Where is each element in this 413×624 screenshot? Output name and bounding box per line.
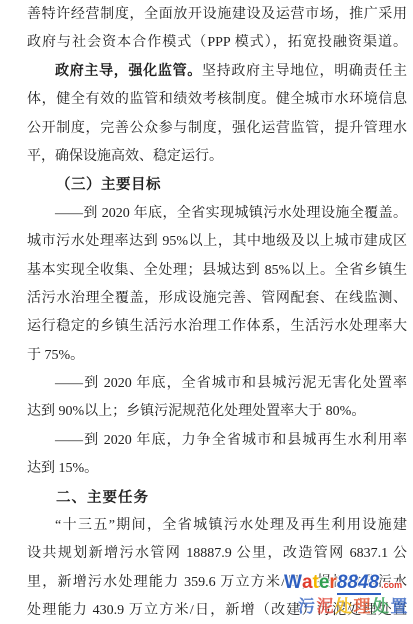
document-page: 善特许经营制度，全面放开设施建设及运营市场，推广采用政府与社会资本合作模式（PP…	[0, 0, 413, 624]
watermark-cn-overlay: 污泥处理处置	[298, 596, 409, 618]
watermark-overlay-char: 置	[391, 596, 410, 618]
document-line: 政府主导，强化监管。坚持政府主导地位，明确责任主	[27, 58, 407, 86]
document-line: 运行稳定的乡镇生活污水治理工作体系，生活污水处理率大	[27, 313, 407, 341]
document-line: 善特许经营制度，全面放开设施建设及运营市场，推广采用	[27, 1, 407, 29]
document-heading: （三）主要目标	[27, 171, 407, 199]
document-line: 基本实现全收集、全处理；县城达到 85%以上。全省乡镇生	[27, 257, 407, 285]
watermark-logo-letter: a	[302, 573, 313, 593]
watermark-logo-letter: W	[284, 573, 302, 593]
document-line: 平，确保设施高效、稳定运行。	[27, 143, 407, 171]
document-line: “十三五”期间，全省城镇污水处理及再生利用设施建	[27, 512, 407, 540]
document-body: 善特许经营制度，全面放开设施建设及运营市场，推广采用政府与社会资本合作模式（PP…	[27, 1, 407, 624]
lead-in-phrase: 政府主导，强化监管。	[55, 64, 202, 79]
document-line: 城市污水处理率达到 95%以上，其中地级及以上城市建成区	[27, 228, 407, 256]
watermark-overlay-char: 处	[372, 596, 391, 618]
document-line: 活污水治理全覆盖，形成设施完善、管网配套、在线监测、	[27, 285, 407, 313]
document-line: 政府与社会资本合作模式（PPP 模式），拓宽投融资渠道。	[27, 29, 407, 57]
watermark-logo-tld: .com	[381, 580, 402, 590]
document-line: 公开制度，完善公众参与制度，强化运营监管，提升管理水	[27, 115, 407, 143]
document-line: 体，健全有效的监管和绩效考核制度。健全城市水环境信息	[27, 86, 407, 114]
document-heading: 二、主要任务	[27, 484, 407, 512]
watermark-logo-letter: e	[319, 573, 330, 593]
watermark-overlay-char: 泥	[317, 596, 336, 618]
document-line: 设共规划新增污水管网 18887.9 公里，改造管网 6837.1 公	[27, 540, 407, 568]
document-line: 达到 15%。	[27, 455, 407, 483]
document-line: 于 75%。	[27, 342, 407, 370]
watermark-logo-number: 8848	[337, 572, 381, 595]
watermark-overlay-char: 污	[298, 596, 317, 618]
watermark-logo-word: Water	[284, 572, 337, 593]
document-line: ——到 2020 年底，全省实现城镇污水处理设施全覆盖。	[27, 200, 407, 228]
watermark-overlay-char: 理	[354, 596, 373, 618]
watermark-overlay-char: 处	[335, 596, 354, 618]
watermark-logo-letter: r	[329, 573, 336, 593]
document-line: ——到 2020 年底，全省城市和县城污泥无害化处置率	[27, 370, 407, 398]
document-line: 达到 90%以上；乡镇污泥规范化处理处置率大于 80%。	[27, 398, 407, 426]
document-line: ——到 2020 年底，力争全省城市和县城再生水利用率	[27, 427, 407, 455]
watermark-logo: Water8848.com	[284, 573, 402, 595]
